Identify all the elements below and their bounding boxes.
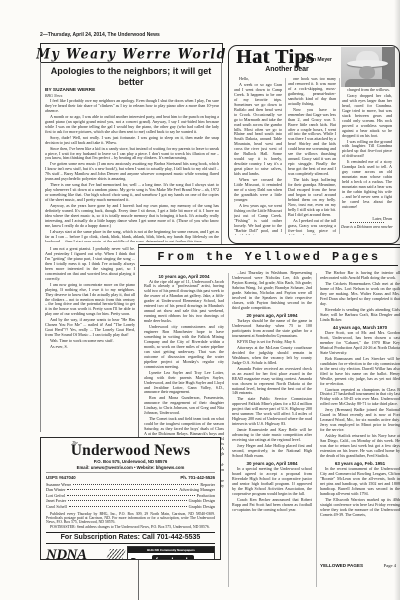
yellowed-pages-column-3: The Harbor Bar is having the interior al… bbox=[320, 271, 400, 559]
paragraph: Ashley Statlick returned to his Navy bas… bbox=[320, 434, 400, 459]
paragraph: Underwood city commissioners and city en… bbox=[144, 325, 224, 370]
paragraph: Amanda Potter received an oversized chec… bbox=[232, 367, 312, 397]
scan-edge-shadow bbox=[394, 0, 400, 600]
article-body-narrow: I am not a great pianist. I probably nev… bbox=[45, 247, 135, 429]
paragraph: Joey Heger and Jake Hollop placed first … bbox=[232, 444, 312, 459]
paragraph: Turkeys should be the name of the game i… bbox=[232, 319, 312, 339]
usps-number: USPS #647040 bbox=[46, 475, 76, 480]
yellowed-pages-column-rule-1 bbox=[228, 273, 229, 587]
paragraph: Bob Rasmussen and Les Strecker will be c… bbox=[320, 357, 400, 387]
paragraph: Sorry, dude! Well, not really. I was jus… bbox=[45, 136, 219, 146]
columnist-face bbox=[359, 66, 375, 79]
decade-subhead: 10 years ago, April 2004 bbox=[144, 274, 224, 279]
ndna-acronym: NDNA bbox=[46, 549, 110, 560]
paragraph: I was rolling on the ground with laughte… bbox=[342, 140, 392, 160]
paragraph: As ever, S. bbox=[45, 345, 135, 350]
paragraph: Garrison repeated as champions in Class … bbox=[320, 388, 400, 408]
paragraph: A week or so ago Gran and I went down to… bbox=[234, 83, 282, 177]
paragraph: one hook was too many and removed it. It… bbox=[288, 77, 336, 107]
masthead-logo-row: NDNA NORTH DAKOTA NEWSPAPER ASSOCIATION … bbox=[46, 546, 215, 560]
weary-werre-masthead-box: My Weary Werre World bbox=[40, 43, 223, 63]
dot-leader bbox=[68, 500, 186, 501]
paragraph: Attorneys at the McLean County courthous… bbox=[232, 346, 312, 366]
paragraph: It reminded me of a story Grandpa Jack u… bbox=[342, 160, 392, 210]
paragraph: I've gotten some new music (I am now anx… bbox=[45, 162, 219, 182]
paragraph: I am now going to concentrate more on th… bbox=[45, 283, 135, 318]
staff-role: Graphic Design bbox=[189, 504, 215, 509]
yellowed-pages-inner-rule bbox=[138, 247, 400, 248]
column-rule-right bbox=[221, 62, 222, 244]
paragraph: Coach Ken Becker announced that Robert R… bbox=[232, 498, 312, 513]
hat-tips-byline: By Dean Meyer bbox=[296, 57, 332, 63]
paragraph: As I peeked out of the tall grass, Gracy… bbox=[288, 219, 336, 235]
article-credit: BHG News bbox=[45, 94, 62, 98]
ndna-wing-icon bbox=[106, 549, 126, 560]
paragraph: Gracy dropped her club, and with eyes la… bbox=[342, 94, 392, 139]
paragraph: ...last Thursday in Washburn. Representi… bbox=[232, 271, 312, 311]
thumbs-up-icon bbox=[131, 558, 136, 560]
yellowed-pages-title-underline bbox=[140, 265, 398, 266]
hat-tips-subhead: Another bear bbox=[234, 66, 340, 73]
article-byline: BY SUZANNE WERRE bbox=[45, 88, 95, 93]
paragraph: Now you have to remember that Gage was l… bbox=[288, 108, 336, 177]
paragraph: There is one song that I've had memorize… bbox=[45, 183, 219, 203]
dot-leader bbox=[73, 484, 198, 485]
paragraph: And by the way, if anyone wants to hear … bbox=[45, 318, 135, 338]
paragraph: In the recent tournament of the Underwoo… bbox=[320, 467, 400, 497]
paragraph: The kids kept hollering for their grandp… bbox=[288, 178, 336, 218]
paragraph: Jamie Krumwiede and Kary Reile will be a… bbox=[232, 428, 312, 443]
dot-leader bbox=[67, 489, 177, 490]
paragraph: I feel like I probably owe my neighbors … bbox=[45, 99, 219, 114]
yellowed-pages-column-rule-2 bbox=[316, 273, 317, 587]
paragraph: A few years ago, we went fishing on the … bbox=[234, 204, 282, 235]
hat-tips-column-3: charged from the willows.Gracy dropped h… bbox=[342, 88, 392, 214]
paragraph: The Crickets Homemakers Club met at the … bbox=[320, 282, 400, 307]
dot-leader bbox=[69, 506, 187, 507]
paragraph: The Ellsworth Warriors marked up its 40t… bbox=[320, 498, 400, 518]
paragraph: A month or so ago, I was able to outbid … bbox=[45, 115, 219, 135]
hat-tips-signoff: Later, Dean bbox=[342, 216, 392, 221]
paragraph: Dave Scott, son of Mr. and Mrs. Gordon S… bbox=[320, 331, 400, 356]
columnist-shoulders bbox=[345, 79, 391, 87]
hat-tips-divider bbox=[350, 222, 384, 223]
subscription-rates-bar: For Subscription Rates: Call 701-442-553… bbox=[46, 532, 215, 544]
masthead-usps-phone-row: USPS #647040 Ph. 701-442-5526 bbox=[46, 472, 215, 480]
paragraph: Ron and Mona Gunderson, Frauenstein, ann… bbox=[144, 396, 224, 416]
yellowed-pages-column-2: ...last Thursday in Washburn. Representi… bbox=[232, 271, 312, 589]
paragraph: I always start at the same place in the … bbox=[45, 230, 219, 242]
staff-list: Suzanne WerreReporterDan WinterAdvertisi… bbox=[46, 482, 215, 509]
paragraph: Jerry (Brennan) Badke joined the Nationa… bbox=[320, 408, 400, 433]
phone-number: Ph. 701-442-5526 bbox=[180, 475, 215, 480]
hat-tips-column-1: Hello,A week or so ago Gran and I went d… bbox=[234, 77, 282, 235]
article-body-wide: I feel like I probably owe my neighbors … bbox=[45, 99, 219, 242]
staff-name: Carol Schell bbox=[46, 504, 67, 509]
columnist-cowboy-hat-photo bbox=[341, 47, 395, 87]
staff-row: Carol SchellGraphic Design bbox=[46, 504, 215, 509]
hat-tips-column-rule-1 bbox=[285, 78, 286, 234]
hat-tips-column-rule-2 bbox=[339, 78, 340, 234]
postmaster-paragraph: POSTMASTER: Send address changes to The … bbox=[46, 525, 215, 529]
paragraph: Lynette Lea Sayler and Troy Lee Lotter, … bbox=[144, 371, 224, 396]
paragraph: In a special meeting the Underwood schoo… bbox=[232, 467, 312, 497]
hat-tips-column-2: one hook was too many and removed it. It… bbox=[288, 77, 336, 235]
paragraph: I am not a great pianist. I probably nev… bbox=[45, 247, 135, 282]
masthead-address: P.O. Box 575, Underwood, ND 58576 bbox=[46, 459, 215, 464]
legal-fine-print: Published every Thursday by BHG, Inc., P… bbox=[46, 512, 215, 530]
paragraph: At the ripe old age of 11, Underwood's J… bbox=[144, 280, 224, 325]
paragraph: Riverdale is sending the girls attending… bbox=[320, 308, 400, 323]
paragraph: When we crossed the Little Missouri, it … bbox=[234, 178, 282, 203]
article-headline: Apologies to the neighbors; it will get … bbox=[44, 66, 218, 87]
hat-tips-author-credit: Dean is a Dickinson area rancher bbox=[340, 225, 394, 229]
paragraph: The Harbor Bar is having the interior al… bbox=[320, 271, 400, 281]
facebook-promo-box: BHG ND Community Newspapers Like us face… bbox=[127, 546, 215, 560]
weary-werre-masthead-title: My Weary Werre World bbox=[36, 44, 227, 61]
yellowed-pages-title: From the Yellowed Pages bbox=[140, 250, 398, 264]
ndna-logo: NDNA NORTH DAKOTA NEWSPAPER ASSOCIATION bbox=[46, 549, 110, 560]
paragraph: Anyway, as the years have gone by and I … bbox=[45, 204, 219, 229]
masthead-contact: Email: unews@westriv.com • Website: bhgn… bbox=[46, 465, 215, 470]
jump-label: YELLOWED PAGES bbox=[320, 563, 363, 568]
underwood-news-masthead-box: The Underwood News P.O. Box 575, Underwo… bbox=[40, 437, 221, 560]
paragraph: Since then, I've been like a kid in a ca… bbox=[45, 147, 219, 162]
dot-leader bbox=[67, 495, 194, 496]
publisher-paragraph: Published every Thursday by BHG, Inc., P… bbox=[46, 512, 215, 525]
column-rule-left bbox=[40, 62, 41, 432]
yellowed-pages-jump-line: YELLOWED PAGES Page 4 bbox=[320, 563, 396, 568]
page-folio-line: 2—Thursday, April 24, 2014, The Underwoo… bbox=[40, 32, 160, 38]
facebook-wordmark: facebook bbox=[152, 555, 195, 560]
masthead-title: Underwood News bbox=[46, 443, 215, 458]
paragraph: The state Public Service Commission appr… bbox=[232, 397, 312, 427]
